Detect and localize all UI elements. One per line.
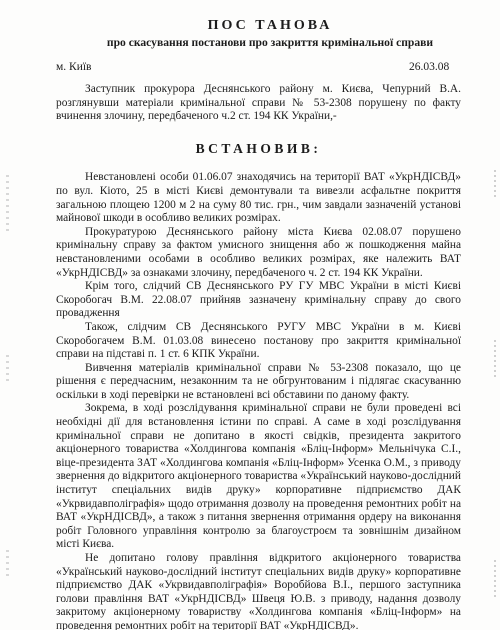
document-subtitle: про скасування постанови про закриття кр… bbox=[0, 36, 500, 49]
body-paragraph: Також, слідчим СВ Деснянського РУГУ МВС … bbox=[56, 321, 461, 362]
document-body: Заступник прокурора Деснянського району … bbox=[56, 83, 461, 630]
body-paragraph: Вивчення матеріалів кримінальної справи … bbox=[56, 362, 461, 403]
document-date: 26.03.08 bbox=[409, 61, 449, 73]
scan-artifact bbox=[494, 340, 496, 380]
scan-artifact bbox=[494, 560, 496, 600]
section-heading: ВСТАНОВИВ: bbox=[56, 142, 461, 156]
scan-artifact bbox=[6, 355, 9, 385]
scanned-document-page: ПОС ТАНОВА про скасування постанови про … bbox=[0, 0, 500, 630]
body-paragraph: Крім того, слідчий СВ Деснянського РУ ГУ… bbox=[56, 280, 461, 321]
body-paragraph: Невстановлені особи 01.06.07 знаходячись… bbox=[56, 171, 461, 225]
scan-artifact bbox=[6, 175, 9, 235]
intro-paragraph: Заступник прокурора Деснянського району … bbox=[56, 83, 461, 124]
body-paragraph: Прокуратурою Деснянського району міста К… bbox=[56, 226, 461, 280]
document-city: м. Київ bbox=[56, 61, 91, 73]
scan-artifact bbox=[6, 550, 9, 580]
document-title: ПОС ТАНОВА bbox=[0, 18, 500, 34]
body-paragraph: Не допитано голову правління відкритого … bbox=[56, 552, 461, 630]
body-paragraph: Зокрема, в ході розслідування кримінальн… bbox=[56, 402, 461, 552]
scan-artifact bbox=[494, 170, 496, 200]
